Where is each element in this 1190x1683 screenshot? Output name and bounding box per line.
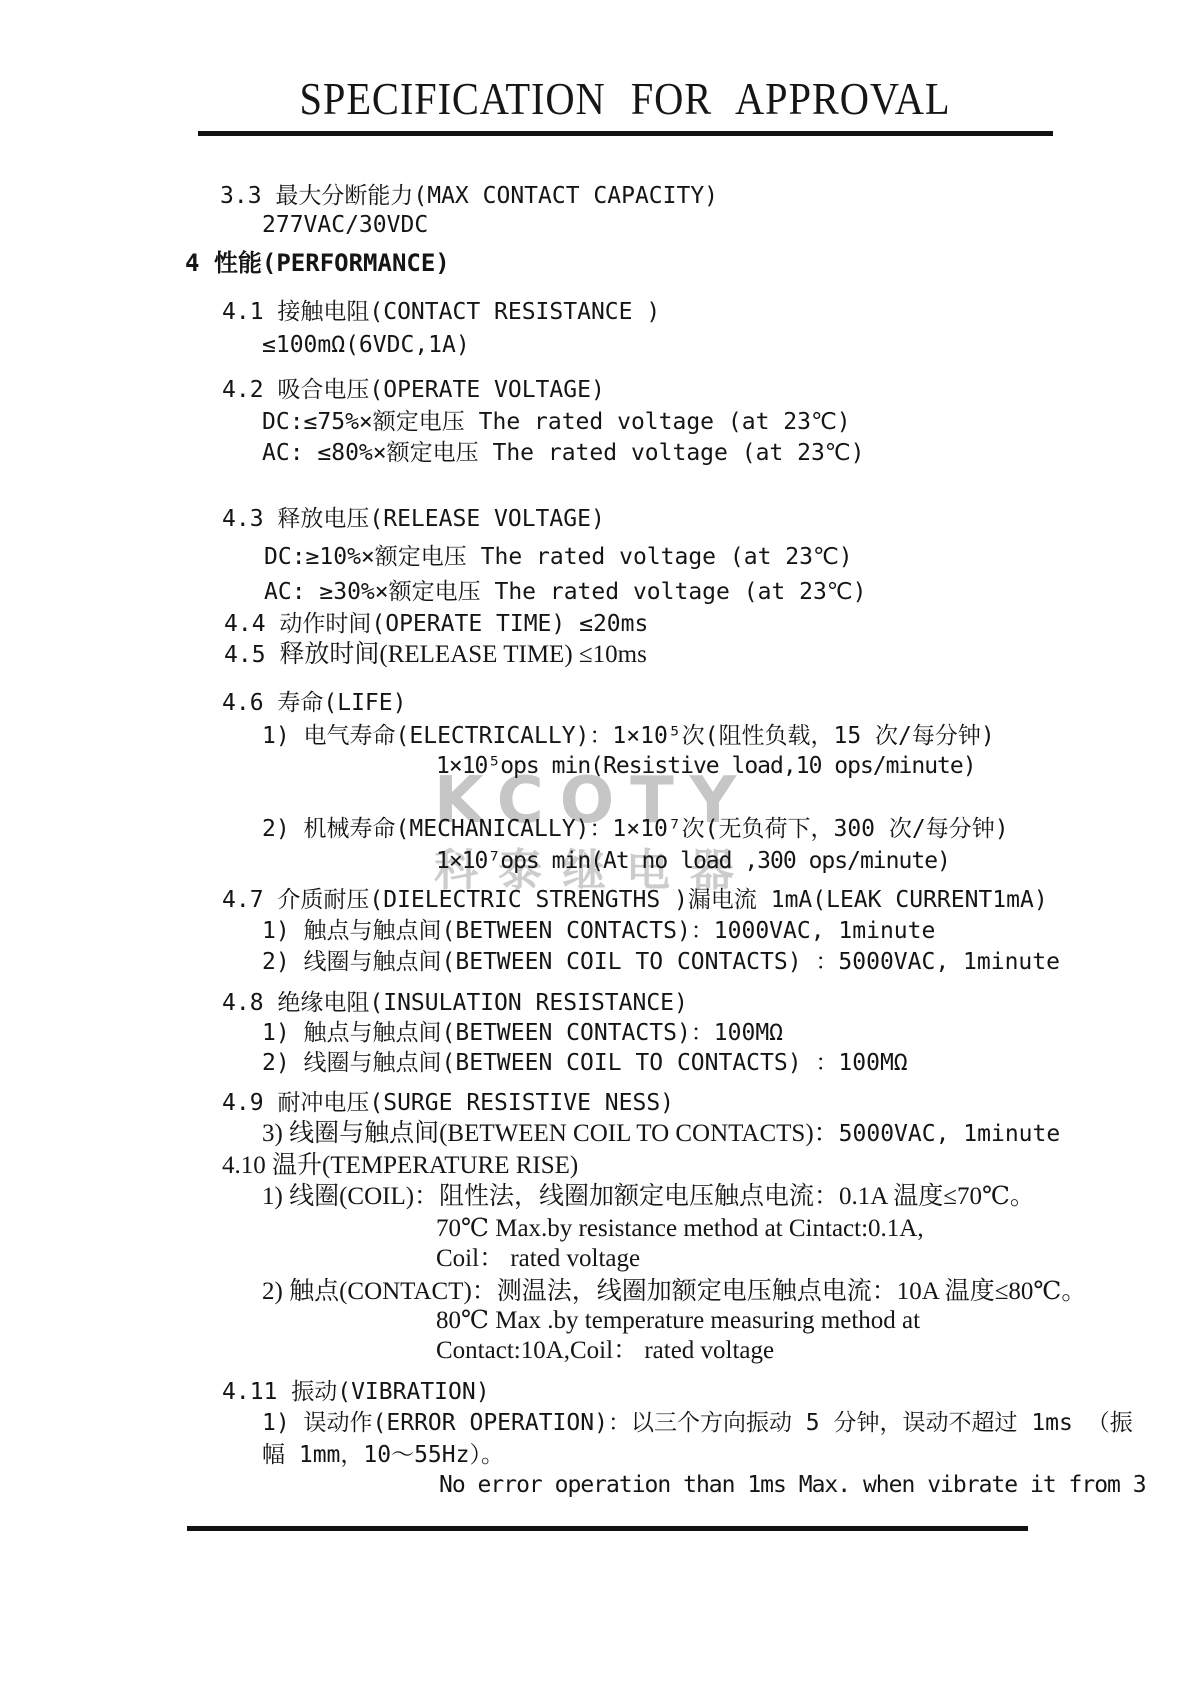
spec-line-4-11-item1-en: No error operation than 1ms Max. when vi… bbox=[439, 1469, 1146, 1501]
spec-line-4-9-item3: 3) 线圈与触点间(BETWEEN COIL TO CONTACTS)：5000… bbox=[262, 1118, 1060, 1150]
spec-line-3-3-value: 277VAC/30VDC bbox=[262, 209, 428, 241]
spec-line-4-10-item2-en2: Contact:10A,Coil： rated voltage bbox=[436, 1335, 774, 1367]
spec-line-4-7-item2: 2) 线圈与触点间(BETWEEN COIL TO CONTACTS) ：500… bbox=[262, 946, 1060, 978]
spec-line-4-6-item2-en: 1×10⁷ops min(At no load ,300 ops/minute) bbox=[436, 845, 950, 877]
spec-line-4-9-item3-label: 3) 线圈与触点间(BETWEEN COIL TO CONTACTS)： bbox=[262, 1120, 839, 1147]
spec-line-4-5-number: 4.5 bbox=[224, 642, 279, 668]
header-rule bbox=[198, 131, 1053, 136]
spec-line-4-11-item1-line1: 1) 误动作(ERROR OPERATION)：以三个方向振动 5 分钟，误动不… bbox=[262, 1407, 1133, 1439]
spec-line-4-6-item2: 2) 机械寿命(MECHANICALLY)：1×10⁷次(无负荷下，300 次/… bbox=[262, 813, 1009, 845]
spec-line-4-heading: 4 性能(PERFORMANCE) bbox=[185, 247, 450, 279]
spec-line-4-7-item1: 1) 触点与触点间(BETWEEN CONTACTS)：1000VAC, 1mi… bbox=[262, 915, 935, 947]
page-title: SPECIFICATION FOR APPROVAL bbox=[300, 72, 951, 125]
spec-line-4-10-item1-en1: 70℃ Max.by resistance method at Cintact:… bbox=[436, 1213, 924, 1245]
spec-line-4-7-heading: 4.7 介质耐压(DIELECTRIC STRENGTHS )漏电流 1mA(L… bbox=[222, 884, 1048, 916]
spec-line-4-9-heading: 4.9 耐冲电压(SURGE RESISTIVE NESS) bbox=[222, 1087, 674, 1119]
spec-line-4-2-heading: 4.2 吸合电压(OPERATE VOLTAGE) bbox=[222, 374, 605, 406]
footer-rule bbox=[187, 1526, 1028, 1531]
spec-line-4-5: 4.5 释放时间(RELEASE TIME) ≤10ms bbox=[224, 639, 647, 671]
spec-line-4-10-heading: 4.10 温升(TEMPERATURE RISE) bbox=[222, 1150, 578, 1182]
spec-line-4-6-item1: 1) 电气寿命(ELECTRICALLY)：1×10⁵次(阻性负载，15 次/每… bbox=[262, 720, 995, 752]
spec-line-4-11-item1-line2: 幅 1mm，10～55Hz）。 bbox=[262, 1439, 504, 1471]
spec-line-4-10-item1: 1) 线圈(COIL)：阻性法，线圈加额定电压触点电流：0.1A 温度≤70℃。 bbox=[262, 1181, 1035, 1213]
spec-line-4-3-heading: 4.3 释放电压(RELEASE VOLTAGE) bbox=[222, 503, 605, 535]
spec-line-4-8-item1: 1) 触点与触点间(BETWEEN CONTACTS)：100MΩ bbox=[262, 1017, 783, 1049]
spec-line-4-1-heading: 4.1 接触电阻(CONTACT RESISTANCE ) bbox=[222, 296, 660, 328]
spec-line-4-9-item3-value: 5000VAC, 1minute bbox=[839, 1121, 1061, 1147]
spec-line-4-4: 4.4 动作时间(OPERATE TIME) ≤20ms bbox=[224, 608, 648, 640]
spec-line-4-6-heading: 4.6 寿命(LIFE) bbox=[222, 687, 406, 719]
spec-line-4-10-item2-en1: 80℃ Max .by temperature measuring method… bbox=[436, 1305, 920, 1337]
spec-line-4-3-ac: AC: ≥30%×额定电压 The rated voltage (at 23℃) bbox=[264, 576, 866, 608]
spec-line-4-8-item2: 2) 线圈与触点间(BETWEEN COIL TO CONTACTS) ：100… bbox=[262, 1047, 908, 1079]
spec-line-4-11-heading: 4.11 振动(VIBRATION) bbox=[222, 1376, 490, 1408]
spec-line-4-10-item2: 2) 触点(CONTACT)：测温法，线圈加额定电压触点电流：10A 温度≤80… bbox=[262, 1276, 1086, 1308]
document-page: KCOTY 科泰继电器 SPECIFICATION FOR APPROVAL 3… bbox=[0, 0, 1190, 1683]
spec-line-4-8-heading: 4.8 绝缘电阻(INSULATION RESISTANCE) bbox=[222, 987, 688, 1019]
spec-line-3-3-heading: 3.3 最大分断能力(MAX CONTACT CAPACITY) bbox=[220, 180, 718, 212]
spec-line-4-10-item1-en2: Coil： rated voltage bbox=[436, 1243, 640, 1275]
spec-line-4-2-ac: AC: ≤80%×额定电压 The rated voltage (at 23℃) bbox=[262, 437, 864, 469]
spec-line-4-2-dc: DC:≤75%×额定电压 The rated voltage (at 23℃) bbox=[262, 406, 851, 438]
spec-line-4-1-value: ≤100mΩ(6VDC,1A) bbox=[262, 329, 470, 361]
spec-line-4-3-dc: DC:≥10%×额定电压 The rated voltage (at 23℃) bbox=[264, 541, 853, 573]
spec-line-4-5-text: 释放时间(RELEASE TIME) ≤10ms bbox=[279, 641, 646, 668]
spec-line-4-6-item1-en: 1×10⁵ops min(Resistive load,10 ops/minut… bbox=[436, 750, 976, 782]
